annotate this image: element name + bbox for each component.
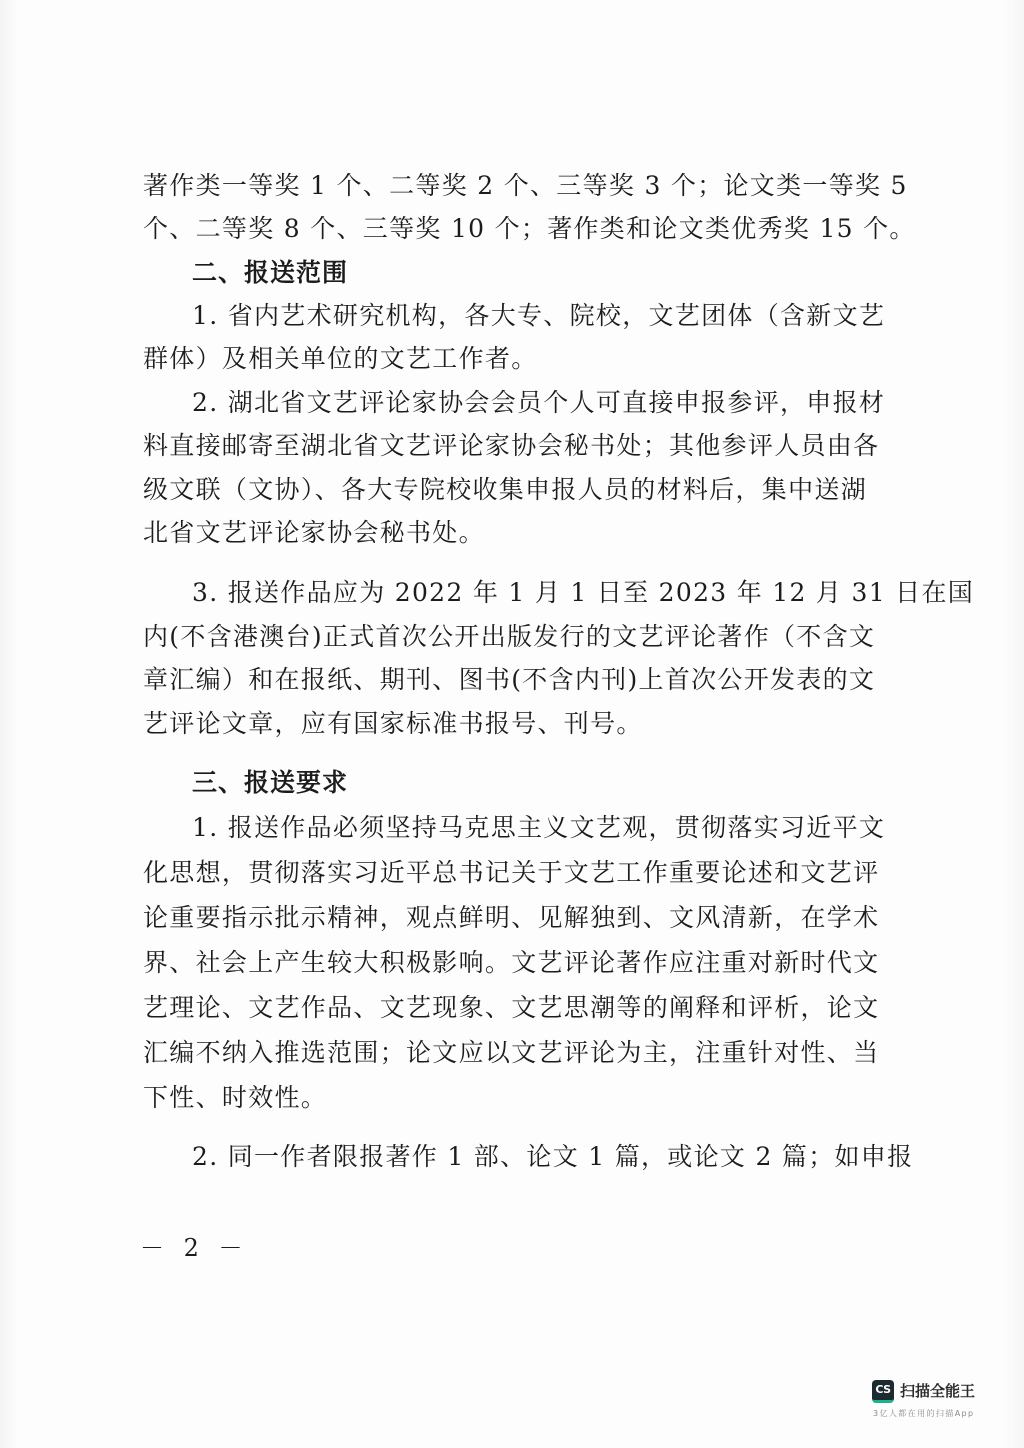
body-text-line: 汇编不纳入推选范围；论文应以文艺评论为主，注重针对性、当 [143, 1035, 867, 1071]
body-text-line: 界、社会上产生较大积极影响。文艺评论著作应注重对新时代文 [143, 945, 867, 981]
camscanner-logo-icon: CS [872, 1380, 894, 1403]
section-heading-scope: 二、报送范围 [192, 255, 348, 291]
list-item-3-text: 3. 报送作品应为 2022 年 1 月 1 日至 2023 年 12 月 31… [192, 575, 867, 611]
body-text-line: 论重要指示批示精神，观点鲜明、见解独到、文风清新，在学术 [143, 900, 867, 936]
body-text-line: 群体）及相关单位的文艺工作者。 [143, 341, 867, 377]
body-text-line: 艺评论文章，应有国家标准书报号、刊号。 [143, 706, 867, 742]
requirement-item-1-text: 1. 报送作品必须坚持马克思主义文艺观，贯彻落实习近平文 [192, 810, 867, 846]
list-item-2-text: 2. 湖北省文艺评论家协会会员个人可直接申报参评，申报材 [192, 385, 867, 421]
body-text-line: 艺理论、文艺作品、文艺现象、文艺思潮等的阐释和评析，论文 [143, 990, 867, 1026]
page-number: － 2 － [140, 1233, 249, 1263]
body-text-line: 章汇编）和在报纸、期刊、图书(不含内刊)上首次公开发表的文 [143, 662, 867, 698]
body-text-line: 著作类一等奖 1 个、二等奖 2 个、三等奖 3 个；论文类一等奖 5 [143, 168, 867, 204]
scanned-document-page: 著作类一等奖 1 个、二等奖 2 个、三等奖 3 个；论文类一等奖 5 个、二等… [0, 0, 1024, 1448]
body-text-line: 级文联（文协）、各大专院校收集申报人员的材料后，集中送湖 [143, 472, 867, 508]
camscanner-watermark: CS 扫描全能王 3亿人都在用的扫描App [872, 1380, 1012, 1428]
requirement-item-2-text: 2. 同一作者限报著作 1 部、论文 1 篇，或论文 2 篇；如申报 [192, 1139, 867, 1175]
body-text-line: 料直接邮寄至湖北省文艺评论家协会秘书处；其他参评人员由各 [143, 428, 867, 464]
body-text-line: 内(不含港澳台)正式首次公开出版发行的文艺评论著作（不含文 [143, 619, 867, 655]
watermark-tagline: 3亿人都在用的扫描App [873, 1408, 975, 1420]
body-text-line: 个、二等奖 8 个、三等奖 10 个；著作类和论文类优秀奖 15 个。 [143, 211, 867, 247]
list-item-1-text: 1. 省内艺术研究机构，各大专、院校，文艺团体（含新文艺 [192, 298, 867, 334]
watermark-app-name: 扫描全能王 [900, 1380, 975, 1402]
body-text-line: 北省文艺评论家协会秘书处。 [143, 515, 867, 551]
section-heading-requirements: 三、报送要求 [192, 765, 348, 801]
body-text-line: 下性、时效性。 [143, 1080, 867, 1116]
body-text-line: 化思想，贯彻落实习近平总书记关于文艺工作重要论述和文艺评 [143, 855, 867, 891]
